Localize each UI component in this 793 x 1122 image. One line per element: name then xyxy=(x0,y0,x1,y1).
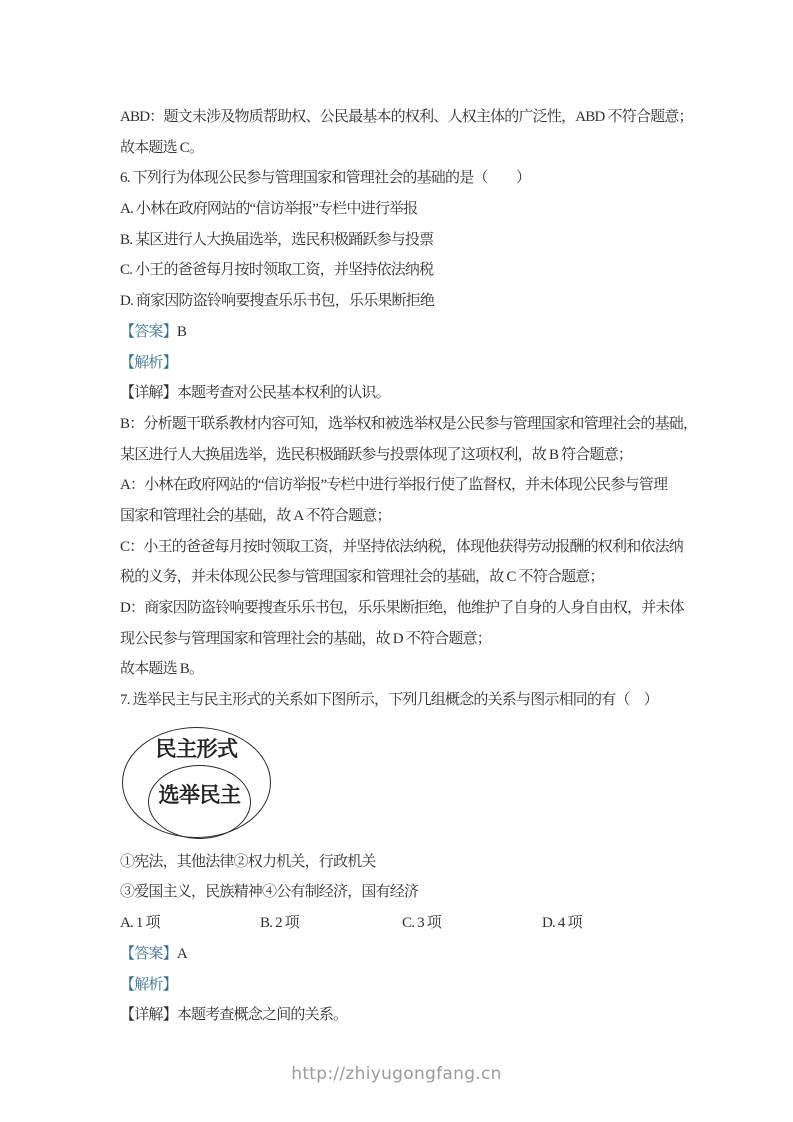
question7-option-c: C. 3 项 xyxy=(402,908,542,939)
question7-stem: 7. 选举民主与民主形式的关系如下图所示，下列几组概念的关系与图示相同的有（ ） xyxy=(120,685,676,716)
document-content: ABD：题文未涉及物质帮助权、公民最基本的权利、人权主体的广泛性，ABD 不符合… xyxy=(120,102,676,1031)
explanation-line: B：分析题干联系教材内容可知，选举权和被选举权是公民参与管理国家和管理社会的基础… xyxy=(120,409,676,440)
question6-stem: 6. 下列行为体现公民参与管理国家和管理社会的基础的是（ ） xyxy=(120,163,676,194)
explanation-line: 税的义务，并未体现公民参与管理国家和管理社会的基础，故 C 不符合题意； xyxy=(120,562,676,593)
explanation-line: A：小林在政府网站的“信访举报”专栏中进行举报行使了监督权，并未体现公民参与管理 xyxy=(120,470,676,501)
venn-inner-label: 选举民主 xyxy=(148,783,251,807)
explanation-line: C：小王的爸爸每月按时领取工资，并坚持依法纳税，体现他获得劳动报酬的权利和依法纳 xyxy=(120,532,676,563)
question6-option-d: D. 商家因防盗铃响要搜查乐乐书包，乐乐果断拒绝 xyxy=(120,286,676,317)
detail-text: 本题考查概念之间的关系。 xyxy=(177,1007,347,1023)
detail-label: 【详解】 xyxy=(120,385,177,401)
question6-analysis-row: 【解析】 xyxy=(120,348,676,379)
question7-option-b: B. 2 项 xyxy=(260,908,402,939)
question7-detail-row: 【详解】本题考查概念之间的关系。 xyxy=(120,1000,676,1031)
detail-label: 【详解】 xyxy=(120,1007,177,1023)
question7-option-d: D. 4 项 xyxy=(542,908,676,939)
question6-answer-row: 【答案】B xyxy=(120,317,676,348)
prev-explanation-line: ABD：题文未涉及物质帮助权、公民最基本的权利、人权主体的广泛性，ABD 不符合… xyxy=(120,102,676,133)
question7-items-line1: ①宪法，其他法律②权力机关，行政机关 xyxy=(120,847,676,878)
analysis-label: 【解析】 xyxy=(120,977,177,993)
question7-answer-row: 【答案】A xyxy=(120,939,676,970)
question6-detail-row: 【详解】本题考查对公民基本权利的认识。 xyxy=(120,378,676,409)
answer-value: B xyxy=(177,324,186,340)
explanation-line: 国家和管理社会的基础，故 A 不符合题意； xyxy=(120,501,676,532)
venn-diagram: 民主形式 选举民主 xyxy=(120,716,676,847)
explanation-line: D：商家因防盗铃响要搜查乐乐书包，乐乐果断拒绝，他维护了自身的人身自由权，并未体 xyxy=(120,593,676,624)
question7-items-line2: ③爱国主义，民族精神④公有制经济，国有经济 xyxy=(120,877,676,908)
analysis-label: 【解析】 xyxy=(120,355,177,371)
prev-answer-conclusion: 故本题选 C。 xyxy=(120,133,676,164)
question7-options-row: A. 1 项 B. 2 项 C. 3 项 D. 4 项 xyxy=(120,908,676,939)
question6-option-a: A. 小林在政府网站的“信访举报”专栏中进行举报 xyxy=(120,194,676,225)
question6-conclusion: 故本题选 B。 xyxy=(120,654,676,685)
answer-value: A xyxy=(177,946,187,962)
document-page: ABD：题文未涉及物质帮助权、公民最基本的权利、人权主体的广泛性，ABD 不符合… xyxy=(0,0,793,1122)
question6-option-c: C. 小王的爸爸每月按时领取工资，并坚持依法纳税 xyxy=(120,255,676,286)
question6-option-b: B. 某区进行人大换届选举，选民积极踊跃参与投票 xyxy=(120,225,676,256)
explanation-line: 现公民参与管理国家和管理社会的基础，故 D 不符合题意； xyxy=(120,624,676,655)
question7-analysis-row: 【解析】 xyxy=(120,970,676,1001)
answer-label: 【答案】 xyxy=(120,946,177,962)
venn-outer-label: 民主形式 xyxy=(122,737,271,761)
detail-text: 本题考查对公民基本权利的认识。 xyxy=(177,385,390,401)
explanation-line: 某区进行人大换届选举，选民积极踊跃参与投票体现了这项权利，故 B 符合题意； xyxy=(120,440,676,471)
answer-label: 【答案】 xyxy=(120,324,177,340)
watermark-url: http://zhiyugongfang.cn xyxy=(0,1064,793,1084)
question7-option-a: A. 1 项 xyxy=(120,908,260,939)
